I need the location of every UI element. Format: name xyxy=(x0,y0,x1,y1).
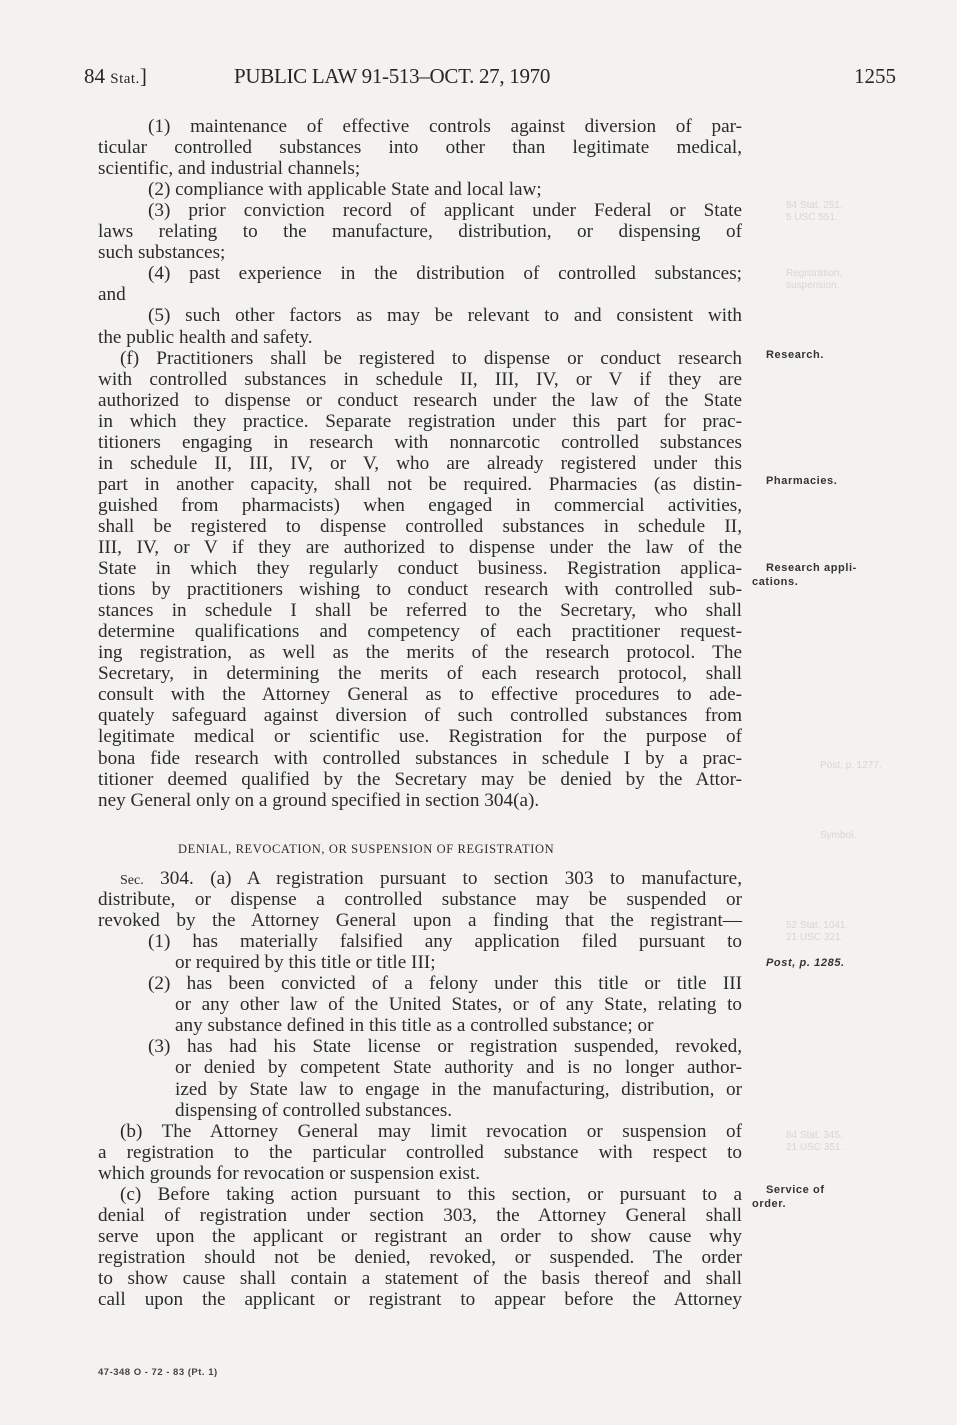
document-page: 84 Stat.] PUBLIC LAW 91-513–OCT. 27, 197… xyxy=(0,0,957,1425)
text-line: part in another capacity, shall not be r… xyxy=(98,474,742,495)
text-line: a registration to the particular control… xyxy=(98,1142,742,1163)
line-text: or denied by competent State authority a… xyxy=(175,1057,742,1078)
text-line: bona fide research with controlled subst… xyxy=(98,748,742,769)
text-line: (1) has materially falsified any applica… xyxy=(148,931,742,952)
line-text: or any other law of the United States, o… xyxy=(175,994,742,1015)
text-line: or denied by competent State authority a… xyxy=(175,1057,742,1078)
text-line: such substances; xyxy=(98,242,225,263)
text-line: legitimate medical or scientific use. Re… xyxy=(98,726,742,747)
text-line: dispensing of controlled substances. xyxy=(175,1100,452,1121)
text-line: laws relating to the manufacture, distri… xyxy=(98,221,742,242)
line-text: or required by this title or title III; xyxy=(175,952,436,973)
text-line: ized by State law to engage in the manuf… xyxy=(175,1079,742,1100)
text-line: (c) Before taking action pursuant to thi… xyxy=(120,1184,742,1205)
margin-note: cations. xyxy=(752,575,798,589)
line-text: ney General only on a ground specified i… xyxy=(98,790,539,811)
line-text: (5) such other factors as may be relevan… xyxy=(148,305,742,326)
text-line: Secretary, in determining the merits of … xyxy=(98,663,742,684)
line-text: (b) The Attorney General may limit revoc… xyxy=(120,1121,742,1142)
margin-note: order. xyxy=(752,1197,786,1211)
volume-citation: 84 Stat.] xyxy=(84,64,147,89)
line-text: denial of registration under section 303… xyxy=(98,1205,742,1226)
line-text: a registration to the particular control… xyxy=(98,1142,742,1163)
text-line: (5) such other factors as may be relevan… xyxy=(148,305,742,326)
line-text: ing registration, as well as the merits … xyxy=(98,642,742,663)
page-title: PUBLIC LAW 91-513–OCT. 27, 1970 xyxy=(234,64,550,89)
line-text: call upon the applicant or registrant to… xyxy=(98,1289,742,1310)
text-line: or any other law of the United States, o… xyxy=(175,994,742,1015)
line-text: distribute, or dispense a controlled sub… xyxy=(98,889,742,910)
text-line: registration should not be denied, revok… xyxy=(98,1247,742,1268)
page-header: 84 Stat.] PUBLIC LAW 91-513–OCT. 27, 197… xyxy=(84,64,896,90)
text-line: State in which they regularly conduct bu… xyxy=(98,558,742,579)
text-line: guished from pharmacists) when engaged i… xyxy=(98,495,742,516)
line-text: and xyxy=(98,284,126,305)
text-line: revoked by the Attorney General upon a f… xyxy=(98,910,742,931)
text-line: authorized to dispense or conduct resear… xyxy=(98,390,742,411)
line-text: with controlled substances in schedule I… xyxy=(98,369,742,390)
line-text: titioners engaging in research with nonn… xyxy=(98,432,742,453)
section-label: Sec. xyxy=(120,873,144,888)
bleed-through-note: 52 Stat. 1041.21 USC 321. xyxy=(786,920,848,944)
text-line: in which they practice. Separate registr… xyxy=(98,411,742,432)
line-text: authorized to dispense or conduct resear… xyxy=(98,390,742,411)
line-text: ticular controlled substances into other… xyxy=(98,137,742,158)
text-line: III, IV, or V if they are authorized to … xyxy=(98,537,742,558)
text-line: (f) Practitioners shall be registered to… xyxy=(120,348,742,369)
text-line: (3) has had his State license or registr… xyxy=(148,1036,742,1057)
line-text: in schedule II, III, IV, or V, who are a… xyxy=(98,453,742,474)
text-line: Sec. 304. (a) A registration pursuant to… xyxy=(120,868,742,891)
text-line: any substance defined in this title as a… xyxy=(175,1015,654,1036)
text-line: tions by practitioners wishing to conduc… xyxy=(98,579,742,600)
line-text: shall be registered to dispense controll… xyxy=(98,516,742,537)
page-number: 1255 xyxy=(854,64,896,89)
line-text: which grounds for revocation or suspensi… xyxy=(98,1163,480,1184)
text-line: call upon the applicant or registrant to… xyxy=(98,1289,742,1310)
line-text: bona fide research with controlled subst… xyxy=(98,748,742,769)
text-line: ticular controlled substances into other… xyxy=(98,137,742,158)
bleed-through-note: 84 Stat. 345.21 USC 351. xyxy=(786,1130,843,1154)
line-text: legitimate medical or scientific use. Re… xyxy=(98,726,742,747)
line-text: the public health and safety. xyxy=(98,327,313,348)
line-text: dispensing of controlled substances. xyxy=(175,1100,452,1121)
line-text: (f) Practitioners shall be registered to… xyxy=(120,348,742,369)
line-text: titioner deemed qualified by the Secreta… xyxy=(98,769,742,790)
line-text: consult with the Attorney General as to … xyxy=(98,684,742,705)
line-text: any substance defined in this title as a… xyxy=(175,1015,654,1036)
text-line: and xyxy=(98,284,126,305)
text-line: titioner deemed qualified by the Secreta… xyxy=(98,769,742,790)
line-text: (1) maintenance of effective controls ag… xyxy=(148,116,742,137)
text-line: titioners engaging in research with nonn… xyxy=(98,432,742,453)
margin-note: Research appli- xyxy=(766,561,857,575)
line-text: guished from pharmacists) when engaged i… xyxy=(98,495,742,516)
text-line: (4) past experience in the distribution … xyxy=(148,263,742,284)
margin-note: Post, p. 1285. xyxy=(766,956,845,970)
line-text: 304. (a) A registration pursuant to sect… xyxy=(144,868,742,889)
bleed-through-note: Post, p. 1277. xyxy=(820,760,882,772)
margin-note: Service of xyxy=(766,1183,825,1197)
text-line: or required by this title or title III; xyxy=(175,952,436,973)
margin-note: Pharmacies. xyxy=(766,474,837,488)
bracket: ] xyxy=(140,64,147,88)
line-text: part in another capacity, shall not be r… xyxy=(98,474,742,495)
text-line: (b) The Attorney General may limit revoc… xyxy=(120,1121,742,1142)
text-line: shall be registered to dispense controll… xyxy=(98,516,742,537)
line-text: revoked by the Attorney General upon a f… xyxy=(98,910,742,931)
line-text: tions by practitioners wishing to conduc… xyxy=(98,579,742,600)
line-text: Secretary, in determining the merits of … xyxy=(98,663,742,684)
line-text: (2) has been convicted of a felony under… xyxy=(148,973,742,994)
bleed-through-note: 84 Stat. 251.5 USC 551. xyxy=(786,200,843,224)
text-line: (1) maintenance of effective controls ag… xyxy=(148,116,742,137)
text-line: ney General only on a ground specified i… xyxy=(98,790,539,811)
bleed-through-note: Registration,suspension. xyxy=(786,268,842,292)
text-line: distribute, or dispense a controlled sub… xyxy=(98,889,742,910)
text-line: with controlled substances in schedule I… xyxy=(98,369,742,390)
line-text: such substances; xyxy=(98,242,225,263)
text-line: (2) compliance with applicable State and… xyxy=(148,179,542,200)
text-line: (3) prior conviction record of applicant… xyxy=(148,200,742,221)
text-line: determine qualifications and competency … xyxy=(98,621,742,642)
line-text: State in which they regularly conduct bu… xyxy=(98,558,742,579)
line-text: stances in schedule I shall be referred … xyxy=(98,600,742,621)
line-text: III, IV, or V if they are authorized to … xyxy=(98,537,742,558)
line-text: laws relating to the manufacture, distri… xyxy=(98,221,742,242)
volume-label: Stat. xyxy=(110,71,140,87)
volume-number: 84 xyxy=(84,64,105,88)
text-line: scientific, and industrial channels; xyxy=(98,158,360,179)
line-text: in which they practice. Separate registr… xyxy=(98,411,742,432)
print-code-footer: 47-348 O - 72 - 83 (Pt. 1) xyxy=(98,1367,218,1378)
line-text: scientific, and industrial channels; xyxy=(98,158,360,179)
text-line: consult with the Attorney General as to … xyxy=(98,684,742,705)
line-text: (3) has had his State license or registr… xyxy=(148,1036,742,1057)
text-line: quately safeguard against diversion of s… xyxy=(98,705,742,726)
line-text: (c) Before taking action pursuant to thi… xyxy=(120,1184,742,1205)
text-line: (2) has been convicted of a felony under… xyxy=(148,973,742,994)
bleed-through-note: Symbol. xyxy=(820,830,856,842)
line-text: (2) compliance with applicable State and… xyxy=(148,179,542,200)
text-line: serve upon the applicant or registrant a… xyxy=(98,1226,742,1247)
margin-note: Research. xyxy=(766,348,824,362)
text-line: in schedule II, III, IV, or V, who are a… xyxy=(98,453,742,474)
line-text: (4) past experience in the distribution … xyxy=(148,263,742,284)
line-text: determine qualifications and competency … xyxy=(98,621,742,642)
line-text: quately safeguard against diversion of s… xyxy=(98,705,742,726)
text-line: to show cause shall contain a statement … xyxy=(98,1268,742,1289)
text-line: denial of registration under section 303… xyxy=(98,1205,742,1226)
line-text: (3) prior conviction record of applicant… xyxy=(148,200,742,221)
text-line: the public health and safety. xyxy=(98,327,313,348)
line-text: registration should not be denied, revok… xyxy=(98,1247,742,1268)
text-line: ing registration, as well as the merits … xyxy=(98,642,742,663)
line-text: serve upon the applicant or registrant a… xyxy=(98,1226,742,1247)
line-text: to show cause shall contain a statement … xyxy=(98,1268,742,1289)
line-text: (1) has materially falsified any applica… xyxy=(148,931,742,952)
section-heading: DENIAL, REVOCATION, OR SUSPENSION OF REG… xyxy=(178,842,554,857)
line-text: ized by State law to engage in the manuf… xyxy=(175,1079,742,1100)
text-line: which grounds for revocation or suspensi… xyxy=(98,1163,480,1184)
text-line: stances in schedule I shall be referred … xyxy=(98,600,742,621)
